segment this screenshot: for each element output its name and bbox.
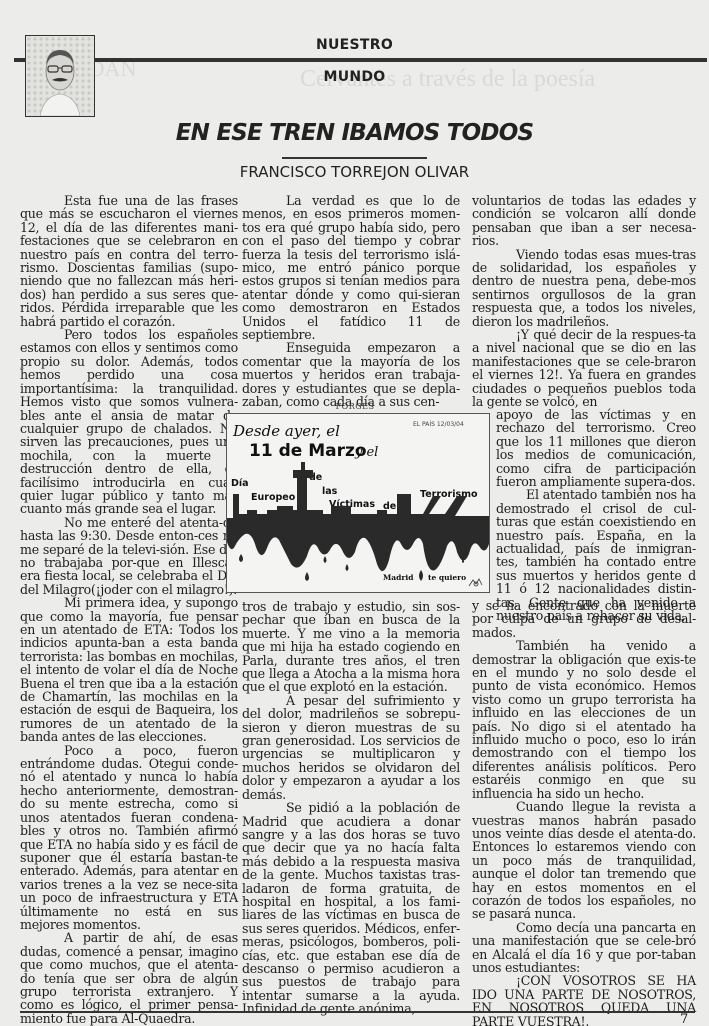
paragraph: También ha venido a demostrar la obligac…	[472, 639, 696, 800]
article-column-3-middle: apoyo de las víctimas y en rechazo del t…	[496, 408, 696, 623]
forges-signature-icon	[469, 579, 482, 586]
madrid-skyline-cartoon-icon: Desde ayer, el EL PAÍS 12/03/04 11 de Ma…	[227, 414, 489, 592]
article-column-1: Esta fue una de las frases que más se es…	[20, 194, 238, 1025]
paragraph: Mi primera idea, y supongo que como la m…	[20, 596, 238, 743]
svg-text:Europeo: Europeo	[251, 492, 296, 503]
editorial-cartoon: Desde ayer, el EL PAÍS 12/03/04 11 de Ma…	[226, 413, 490, 593]
article-author: FRANCISCO TORREJON OLIVAR	[0, 163, 709, 181]
article-title: EN ESE TREN IBAMOS TODOS	[0, 120, 709, 146]
svg-text:y el: y el	[354, 445, 378, 460]
paragraph: Pero todos los españoles estamos con ell…	[20, 328, 238, 516]
paragraph: No me enteré del atenta-do hasta las 9:3…	[20, 516, 238, 596]
paragraph: y se ha encontrado con la muerte por cul…	[472, 599, 696, 639]
paragraph: ¡Y qué decir de la respues-ta a nivel na…	[472, 328, 696, 408]
cartoon-source-note: EL PAÍS 12/03/04	[413, 421, 464, 428]
svg-text:las: las	[322, 486, 338, 497]
svg-text:Terrorismo: Terrorismo	[420, 489, 478, 500]
cartoon-caption-right: te quiero	[428, 573, 466, 582]
paragraph: Enseguida empezaron a comentar que la ma…	[242, 341, 460, 408]
paragraph: A pesar del sufrimiento y del dolor, mad…	[242, 694, 460, 801]
section-label-bottom: MUNDO	[0, 69, 709, 85]
article-column-3-bottom: y se ha encontrado con la muerte por cul…	[472, 599, 696, 1026]
blood-drop-icon	[419, 570, 423, 581]
cartoon-handwritten-top: Desde ayer, el	[232, 422, 340, 440]
paragraph: Poco a poco, fueron entrándome dudas. Ot…	[20, 744, 238, 932]
cartoon-date: 11 de Marzo	[249, 441, 367, 461]
paragraph: Esta fue una de las frases que más se es…	[20, 194, 238, 328]
article-column-3-top: voluntarios de todas las edades y condic…	[472, 194, 696, 409]
svg-text:Día: Día	[231, 478, 249, 489]
paragraph: Como decía una pancarta en una manifesta…	[472, 921, 696, 975]
page-number: 7	[680, 1012, 688, 1026]
paragraph: Cuando llegue la revista a vuestras mano…	[472, 800, 696, 921]
header-rule	[14, 58, 707, 62]
paragraph: Viendo todas esas mues-tras de solidarid…	[472, 248, 696, 328]
closing-quote: ¡CON VOSOTROS SE HA IDO UNA PARTE DE NOS…	[472, 974, 696, 1026]
cartoon-caption-left: Madrid	[383, 573, 414, 582]
paragraph: Se pidió a la población de Madrid que ac…	[242, 801, 460, 1016]
section-label-top: NUESTRO	[0, 37, 709, 53]
footer-rule	[20, 1011, 695, 1013]
paragraph: tros de trabajo y estudio, sin sos-pecha…	[242, 600, 460, 694]
article-column-2-bottom: tros de trabajo y estudio, sin sos-pecha…	[242, 600, 460, 1016]
paragraph: La verdad es que lo de menos, en esos pr…	[242, 194, 460, 341]
paragraph: voluntarios de todas las edades y condic…	[472, 194, 696, 248]
title-divider	[282, 157, 427, 159]
paragraph: apoyo de las víctimas y en rechazo del t…	[496, 408, 696, 488]
cartoon-credit: FORGES	[225, 402, 485, 411]
article-column-2-top: La verdad es que lo de menos, en esos pr…	[242, 194, 460, 409]
